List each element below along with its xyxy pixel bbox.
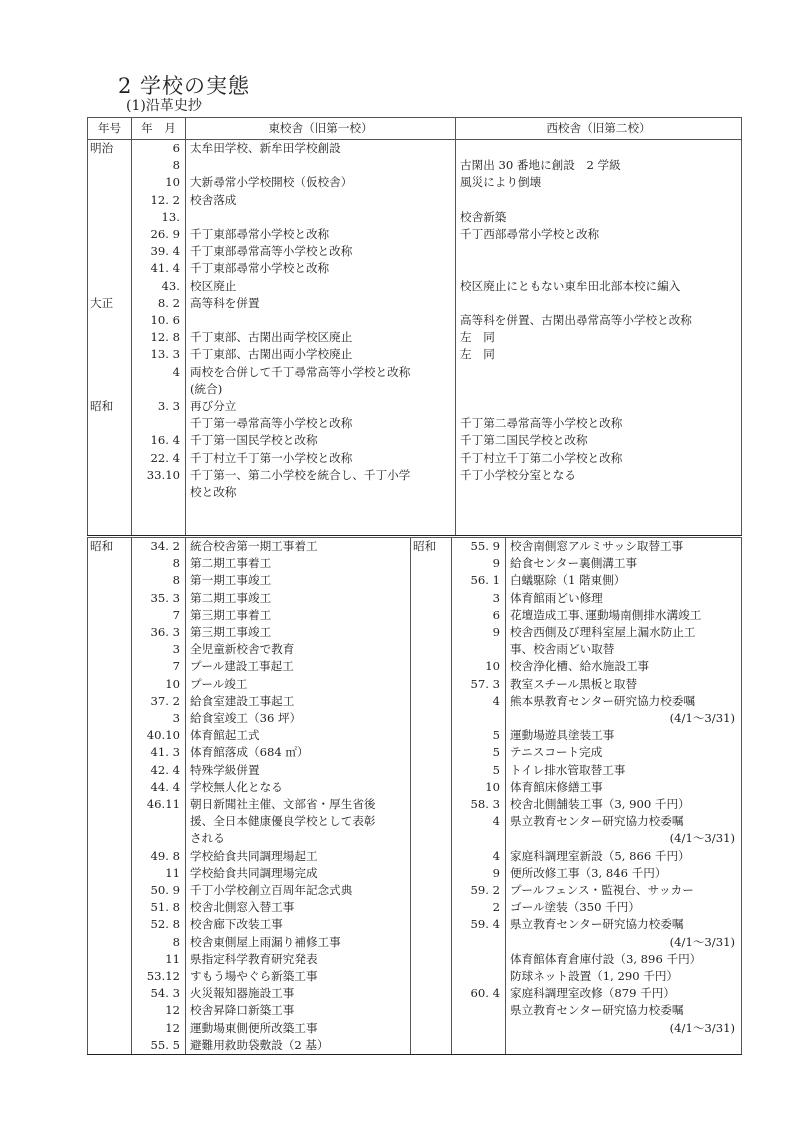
right-era-cell: [411, 1020, 452, 1037]
left-date-cell: 3: [132, 710, 186, 727]
right-event-cell: 体育館体育倉庫付設（3, 896 千円）: [506, 951, 742, 968]
right-date-cell: [452, 1020, 506, 1037]
west-event-cell: 千丁第二尋常高等小学校と改称: [456, 415, 742, 432]
left-event-cell: される: [186, 830, 411, 847]
table-row: 12. 2校舎落成: [88, 192, 742, 209]
right-event-cell: 事、校舎雨どい取替: [506, 641, 742, 658]
left-era-cell: [88, 607, 132, 624]
table-row: 42. 4特殊学級併置5トイレ排水管取替工事: [88, 762, 742, 779]
left-date-cell: 8: [132, 934, 186, 951]
west-event-cell: 風災により倒壊: [456, 174, 742, 191]
left-era-cell: [88, 624, 132, 641]
table-row: [88, 518, 742, 535]
right-event-cell: 防球ネット設置（1, 290 千円）: [506, 968, 742, 985]
left-event-cell: 第二期工事竣工: [186, 590, 411, 607]
right-event-cell: [506, 1037, 742, 1055]
left-date-cell: 36. 3: [132, 624, 186, 641]
table-row: 11県指定科学教育研究発表体育館体育倉庫付設（3, 896 千円）: [88, 951, 742, 968]
left-event-cell: 第二期工事着工: [186, 555, 411, 572]
right-date-cell: 10: [452, 658, 506, 675]
left-date-cell: [132, 813, 186, 830]
right-era-cell: [411, 779, 452, 796]
east-event-cell: 校区廃止: [186, 278, 456, 295]
left-event-cell: 火災報知器施設工事: [186, 985, 411, 1002]
east-event-cell: 両校を合併して千丁尋常高等小学校と改称: [186, 364, 456, 381]
right-date-cell: [452, 1002, 506, 1019]
left-era-cell: [88, 1002, 132, 1019]
left-date-cell: 34. 2: [132, 538, 186, 556]
right-era-cell: [411, 744, 452, 761]
west-event-cell: 校区廃止にともない東牟田北部本校に編入: [456, 278, 742, 295]
table-header-row: 年号 年 月 東校舎（旧第一校） 西校舎（旧第二校）: [88, 118, 742, 140]
right-era-cell: [411, 796, 452, 813]
table-row: 55. 5避難用救助袋敷設（2 基）: [88, 1037, 742, 1055]
date-cell: 39. 4: [132, 243, 186, 260]
era-cell: [88, 209, 132, 226]
left-event-cell: 校舎昇降口新築工事: [186, 1002, 411, 1019]
date-cell: [132, 484, 186, 501]
right-era-cell: [411, 1037, 452, 1055]
left-era-cell: [88, 882, 132, 899]
west-event-cell: [456, 140, 742, 158]
table-row: 16. 4千丁第一国民学校と改称千丁第二国民学校と改称: [88, 432, 742, 449]
right-era-cell: [411, 916, 452, 933]
right-event-cell: ゴール塗装（350 千円）: [506, 899, 742, 916]
left-era-cell: [88, 1020, 132, 1037]
left-date-cell: 52. 8: [132, 916, 186, 933]
west-event-cell: 千丁村立千丁第二小学校と改称: [456, 450, 742, 467]
right-date-cell: 4: [452, 813, 506, 830]
left-era-cell: [88, 693, 132, 710]
date-cell: 8: [132, 157, 186, 174]
header-west-building: 西校舎（旧第二校）: [456, 118, 742, 140]
left-event-cell: 県指定科学教育研究発表: [186, 951, 411, 968]
left-era-cell: [88, 951, 132, 968]
table-row: 千丁第一尋常高等小学校と改称千丁第二尋常高等小学校と改称: [88, 415, 742, 432]
west-event-cell: [456, 484, 742, 501]
east-event-cell: 大新尋常小学校開校（仮校舎）: [186, 174, 456, 191]
table-row: される(4/1～3/31): [88, 830, 742, 847]
era-cell: [88, 501, 132, 518]
right-event-cell: 校舎浄化槽、給水施設工事: [506, 658, 742, 675]
table-row: 明治6太牟田学校、新牟田学校創設: [88, 140, 742, 158]
left-event-cell: 避難用救助袋敷設（2 基）: [186, 1037, 411, 1055]
left-event-cell: 統合校舎第一期工事着工: [186, 538, 411, 556]
right-era-cell: [411, 951, 452, 968]
table-row: 8第二期工事着工9給食センター裏側溝工事: [88, 555, 742, 572]
date-cell: 13. 3: [132, 346, 186, 363]
history-table-bottom: 昭和34. 2統合校舎第一期工事着工昭和55. 9校舎南側窓アルミサッシ取替工事…: [87, 537, 742, 1055]
right-date-cell: [452, 1037, 506, 1055]
right-date-cell: 9: [452, 555, 506, 572]
left-date-cell: 3: [132, 641, 186, 658]
right-event-cell: 給食センター裏側溝工事: [506, 555, 742, 572]
left-era-cell: [88, 658, 132, 675]
right-date-cell: 5: [452, 762, 506, 779]
era-cell: 大正: [88, 295, 132, 312]
left-era-cell: [88, 985, 132, 1002]
left-date-cell: [132, 830, 186, 847]
era-cell: [88, 484, 132, 501]
left-era-cell: [88, 830, 132, 847]
right-event-cell: 校舎南側窓アルミサッシ取替工事: [506, 538, 742, 556]
left-event-cell: 給食室建設工事起工: [186, 693, 411, 710]
right-event-cell: 県立教育センター研究協力校委嘱: [506, 1002, 742, 1019]
left-event-cell: 校舎東側屋上雨漏り補修工事: [186, 934, 411, 951]
right-era-cell: [411, 590, 452, 607]
right-event-cell: 県立教育センター研究協力校委嘱: [506, 916, 742, 933]
era-cell: [88, 278, 132, 295]
right-date-cell: 59. 2: [452, 882, 506, 899]
right-event-cell: プールフェンス・監視台、サッカー: [506, 882, 742, 899]
left-era-cell: [88, 710, 132, 727]
left-era-cell: [88, 676, 132, 693]
right-era-cell: [411, 641, 452, 658]
header-era: 年号: [88, 118, 132, 140]
left-era-cell: [88, 899, 132, 916]
right-event-cell: 校舎西側及び理科室屋上漏水防止工: [506, 624, 742, 641]
left-event-cell: プール建設工事起工: [186, 658, 411, 675]
table-row: 7第三期工事着工6花壇造成工事､運動場南側排水溝竣工: [88, 607, 742, 624]
left-date-cell: 12: [132, 1020, 186, 1037]
date-cell: 13.: [132, 209, 186, 226]
table-row: 40.10体育館起工式5運動場遊具塗装工事: [88, 727, 742, 744]
east-event-cell: 千丁東部尋常小学校と改称: [186, 226, 456, 243]
west-event-cell: [456, 501, 742, 518]
left-event-cell: 第一期工事竣工: [186, 572, 411, 589]
table-row: 12. 8千丁東部、古閑出両学校区廃止左 同: [88, 329, 742, 346]
right-date-cell: 60. 4: [452, 985, 506, 1002]
right-date-cell: 9: [452, 624, 506, 641]
right-date-cell: 9: [452, 865, 506, 882]
right-date-cell: [452, 968, 506, 985]
date-cell: 12. 8: [132, 329, 186, 346]
era-cell: [88, 346, 132, 363]
east-event-cell: 千丁東部尋常小学校と改称: [186, 260, 456, 277]
right-date-cell: 3: [452, 590, 506, 607]
right-era-cell: [411, 813, 452, 830]
left-era-cell: [88, 590, 132, 607]
right-event-cell: 熊本県教育センター研究協力校委嘱: [506, 693, 742, 710]
table-row: 10大新尋常小学校開校（仮校舎）風災により倒壊: [88, 174, 742, 191]
right-event-cell: 体育館雨どい修理: [506, 590, 742, 607]
table-row: 35. 3第二期工事竣工3体育館雨どい修理: [88, 590, 742, 607]
right-era-cell: [411, 658, 452, 675]
right-event-cell: 体育館床修繕工事: [506, 779, 742, 796]
east-event-cell: 再び分立: [186, 398, 456, 415]
left-event-cell: 体育館起工式: [186, 727, 411, 744]
right-date-cell: 56. 1: [452, 572, 506, 589]
era-cell: [88, 226, 132, 243]
left-date-cell: 8: [132, 555, 186, 572]
right-era-cell: 昭和: [411, 538, 452, 556]
left-era-cell: [88, 968, 132, 985]
table-row: 49. 8学校給食共同調理場起工4家庭科調理室新設（5, 866 千円）: [88, 848, 742, 865]
era-cell: 明治: [88, 140, 132, 158]
table-row: 43.校区廃止校区廃止にともない東牟田北部本校に編入: [88, 278, 742, 295]
left-date-cell: 35. 3: [132, 590, 186, 607]
east-event-cell: [186, 157, 456, 174]
left-date-cell: 10: [132, 676, 186, 693]
table-row: 13. 3千丁東部、古閑出両小学校廃止左 同: [88, 346, 742, 363]
left-date-cell: 50. 9: [132, 882, 186, 899]
left-event-cell: 特殊学級併置: [186, 762, 411, 779]
header-east-building: 東校舎（旧第一校）: [186, 118, 456, 140]
era-cell: [88, 364, 132, 381]
left-date-cell: 37. 2: [132, 693, 186, 710]
west-event-cell: [456, 364, 742, 381]
west-event-cell: [456, 518, 742, 535]
right-date-cell: [452, 934, 506, 951]
table-row: 37. 2給食室建設工事起工4熊本県教育センター研究協力校委嘱: [88, 693, 742, 710]
date-cell: [132, 518, 186, 535]
era-cell: [88, 157, 132, 174]
right-era-cell: [411, 693, 452, 710]
right-date-cell: [452, 641, 506, 658]
left-date-cell: 12: [132, 1002, 186, 1019]
west-event-cell: [456, 243, 742, 260]
table-row: 3給食室竣工（36 坪）(4/1～3/31): [88, 710, 742, 727]
east-event-cell: 千丁第一尋常高等小学校と改称: [186, 415, 456, 432]
east-event-cell: [186, 518, 456, 535]
left-date-cell: 7: [132, 607, 186, 624]
era-cell: [88, 329, 132, 346]
date-cell: 10. 6: [132, 312, 186, 329]
date-cell: 3. 3: [132, 398, 186, 415]
left-era-cell: [88, 813, 132, 830]
table-row: 41. 3体育館落成（684 ㎡）5テニスコート完成: [88, 744, 742, 761]
date-cell: 43.: [132, 278, 186, 295]
east-event-cell: 校と改称: [186, 484, 456, 501]
right-era-cell: [411, 830, 452, 847]
era-cell: [88, 432, 132, 449]
left-event-cell: 千丁小学校創立百周年記念式典: [186, 882, 411, 899]
right-date-cell: 2: [452, 899, 506, 916]
table-row: 36. 3第三期工事竣工9校舎西側及び理科室屋上漏水防止工: [88, 624, 742, 641]
date-cell: 10: [132, 174, 186, 191]
right-era-cell: [411, 865, 452, 882]
right-era-cell: [411, 882, 452, 899]
west-event-cell: [456, 381, 742, 398]
east-event-cell: [186, 312, 456, 329]
right-event-cell: 教室スチール黒板と取替: [506, 676, 742, 693]
right-event-cell: 運動場遊具塗装工事: [506, 727, 742, 744]
east-event-cell: [186, 209, 456, 226]
east-event-cell: 千丁東部、古閑出両小学校廃止: [186, 346, 456, 363]
right-era-cell: [411, 934, 452, 951]
right-event-cell: 校舎北側舗装工事（3, 900 千円）: [506, 796, 742, 813]
right-event-cell: テニスコート完成: [506, 744, 742, 761]
left-era-cell: [88, 934, 132, 951]
east-event-cell: 高等科を併置: [186, 295, 456, 312]
left-date-cell: 42. 4: [132, 762, 186, 779]
left-event-cell: 第三期工事竣工: [186, 624, 411, 641]
left-date-cell: 40.10: [132, 727, 186, 744]
left-event-cell: すもう場やぐら新築工事: [186, 968, 411, 985]
left-event-cell: 運動場東側便所改築工事: [186, 1020, 411, 1037]
left-date-cell: 51. 8: [132, 899, 186, 916]
date-cell: 16. 4: [132, 432, 186, 449]
east-event-cell: 千丁第一、第二小学校を統合し、千丁小学: [186, 467, 456, 484]
era-cell: [88, 312, 132, 329]
date-cell: 6: [132, 140, 186, 158]
west-event-cell: [456, 192, 742, 209]
west-event-cell: 千丁小学校分室となる: [456, 467, 742, 484]
table-row: 10プール竣工57. 3教室スチール黒板と取替: [88, 676, 742, 693]
table-row: (統合): [88, 381, 742, 398]
right-date-cell: [452, 830, 506, 847]
date-cell: [132, 381, 186, 398]
west-event-cell: 千丁西部尋常小学校と改称: [456, 226, 742, 243]
west-event-cell: [456, 398, 742, 415]
date-cell: [132, 415, 186, 432]
left-date-cell: 11: [132, 951, 186, 968]
right-era-cell: [411, 676, 452, 693]
right-date-cell: 57. 3: [452, 676, 506, 693]
left-event-cell: 学校給食共同調理場完成: [186, 865, 411, 882]
table-row: 校と改称: [88, 484, 742, 501]
east-event-cell: 千丁第一国民学校と改称: [186, 432, 456, 449]
right-date-cell: [452, 710, 506, 727]
table-bottom-body: 昭和34. 2統合校舎第一期工事着工昭和55. 9校舎南側窓アルミサッシ取替工事…: [88, 538, 742, 1055]
table-row: 26. 9千丁東部尋常小学校と改称千丁西部尋常小学校と改称: [88, 226, 742, 243]
right-event-cell: (4/1～3/31): [506, 830, 742, 847]
left-era-cell: [88, 762, 132, 779]
table-row: 13.校舎新築: [88, 209, 742, 226]
west-event-cell: 高等科を併置、古閑出尋常高等小学校と改称: [456, 312, 742, 329]
date-cell: 8. 2: [132, 295, 186, 312]
table-top-body: 明治6太牟田学校、新牟田学校創設8古閑出 30 番地に創設 2 学級10大新尋常…: [88, 140, 742, 536]
east-event-cell: 千丁村立千丁第一小学校と改称: [186, 450, 456, 467]
right-date-cell: 59. 4: [452, 916, 506, 933]
west-event-cell: 古閑出 30 番地に創設 2 学級: [456, 157, 742, 174]
right-era-cell: [411, 727, 452, 744]
east-event-cell: (統合): [186, 381, 456, 398]
era-cell: [88, 381, 132, 398]
right-event-cell: (4/1～3/31): [506, 1020, 742, 1037]
table-row: 10. 6高等科を併置、古閑出尋常高等小学校と改称: [88, 312, 742, 329]
era-cell: [88, 174, 132, 191]
west-event-cell: [456, 295, 742, 312]
right-era-cell: [411, 1002, 452, 1019]
date-cell: 12. 2: [132, 192, 186, 209]
date-cell: 33.10: [132, 467, 186, 484]
table-row: 昭和34. 2統合校舎第一期工事着工昭和55. 9校舎南側窓アルミサッシ取替工事: [88, 538, 742, 556]
history-table-top: 年号 年 月 東校舎（旧第一校） 西校舎（旧第二校） 明治6太牟田学校、新牟田学…: [87, 117, 742, 536]
era-cell: [88, 518, 132, 535]
table-row: 33.10千丁第一、第二小学校を統合し、千丁小学千丁小学校分室となる: [88, 467, 742, 484]
west-event-cell: 左 同: [456, 329, 742, 346]
left-era-cell: [88, 848, 132, 865]
table-row: 3全児童新校舎で教育事、校舎雨どい取替: [88, 641, 742, 658]
right-event-cell: 便所改修工事（3, 846 千円）: [506, 865, 742, 882]
right-date-cell: 5: [452, 727, 506, 744]
era-cell: [88, 450, 132, 467]
left-era-cell: [88, 916, 132, 933]
left-date-cell: 55. 5: [132, 1037, 186, 1055]
right-era-cell: [411, 555, 452, 572]
table-row: 12運動場東側便所改築工事(4/1～3/31): [88, 1020, 742, 1037]
right-event-cell: (4/1～3/31): [506, 710, 742, 727]
left-event-cell: 校舎北側窓入替工事: [186, 899, 411, 916]
era-cell: [88, 243, 132, 260]
date-cell: 4: [132, 364, 186, 381]
header-year-month: 年 月: [132, 118, 186, 140]
west-event-cell: 左 同: [456, 346, 742, 363]
right-event-cell: 県立教育センター研究協力校委嘱: [506, 813, 742, 830]
left-era-cell: [88, 555, 132, 572]
right-event-cell: 花壇造成工事､運動場南側排水溝竣工: [506, 607, 742, 624]
left-date-cell: 54. 3: [132, 985, 186, 1002]
left-era-cell: [88, 744, 132, 761]
table-row: 51. 8校舎北側窓入替工事2ゴール塗装（350 千円）: [88, 899, 742, 916]
right-date-cell: [452, 951, 506, 968]
table-row: 昭和3. 3再び分立: [88, 398, 742, 415]
right-event-cell: (4/1～3/31): [506, 934, 742, 951]
right-era-cell: [411, 985, 452, 1002]
left-event-cell: 学校給食共同調理場起工: [186, 848, 411, 865]
east-event-cell: 校舎落成: [186, 192, 456, 209]
table-row: [88, 501, 742, 518]
left-era-cell: [88, 865, 132, 882]
section-subtitle: (1)沿革史抄: [126, 95, 202, 115]
table-row: 46.11朝日新聞社主催、文部省・厚生省後58. 3校舎北側舗装工事（3, 90…: [88, 796, 742, 813]
right-date-cell: 5: [452, 744, 506, 761]
table-row: 援、全日本健康優良学校として表彰4県立教育センター研究協力校委嘱: [88, 813, 742, 830]
left-event-cell: 給食室竣工（36 坪）: [186, 710, 411, 727]
left-event-cell: 全児童新校舎で教育: [186, 641, 411, 658]
right-era-cell: [411, 968, 452, 985]
left-date-cell: 41. 3: [132, 744, 186, 761]
right-event-cell: 白蟻駆除（1 階東側）: [506, 572, 742, 589]
left-date-cell: 7: [132, 658, 186, 675]
left-event-cell: 体育館落成（684 ㎡）: [186, 744, 411, 761]
left-event-cell: 第三期工事着工: [186, 607, 411, 624]
right-event-cell: 家庭科調理室改修（879 千円）: [506, 985, 742, 1002]
table-row: 7プール建設工事起工10校舎浄化槽、給水施設工事: [88, 658, 742, 675]
table-row: 53.12すもう場やぐら新築工事防球ネット設置（1, 290 千円）: [88, 968, 742, 985]
east-event-cell: 千丁東部、古閑出両学校区廃止: [186, 329, 456, 346]
date-cell: 22. 4: [132, 450, 186, 467]
right-era-cell: [411, 899, 452, 916]
table-row: 11学校給食共同調理場完成9便所改修工事（3, 846 千円）: [88, 865, 742, 882]
left-era-cell: [88, 796, 132, 813]
table-row: 54. 3火災報知器施設工事60. 4家庭科調理室改修（879 千円）: [88, 985, 742, 1002]
era-cell: [88, 467, 132, 484]
left-era-cell: [88, 727, 132, 744]
right-date-cell: 4: [452, 693, 506, 710]
left-era-cell: [88, 779, 132, 796]
table-row: 39. 4千丁東部尋常高等小学校と改称: [88, 243, 742, 260]
left-event-cell: 学校無人化となる: [186, 779, 411, 796]
left-date-cell: 46.11: [132, 796, 186, 813]
left-era-cell: [88, 641, 132, 658]
table-row: 8古閑出 30 番地に創設 2 学級: [88, 157, 742, 174]
west-event-cell: 千丁第二国民学校と改称: [456, 432, 742, 449]
left-date-cell: 11: [132, 865, 186, 882]
table-row: 52. 8校舎廊下改装工事59. 4県立教育センター研究協力校委嘱: [88, 916, 742, 933]
right-date-cell: 10: [452, 779, 506, 796]
right-era-cell: [411, 624, 452, 641]
right-date-cell: 6: [452, 607, 506, 624]
left-era-cell: [88, 572, 132, 589]
table-row: 大正8. 2高等科を併置: [88, 295, 742, 312]
east-event-cell: 千丁東部尋常高等小学校と改称: [186, 243, 456, 260]
left-date-cell: 49. 8: [132, 848, 186, 865]
left-event-cell: プール竣工: [186, 676, 411, 693]
right-era-cell: [411, 572, 452, 589]
table-row: 4両校を合併して千丁尋常高等小学校と改称: [88, 364, 742, 381]
